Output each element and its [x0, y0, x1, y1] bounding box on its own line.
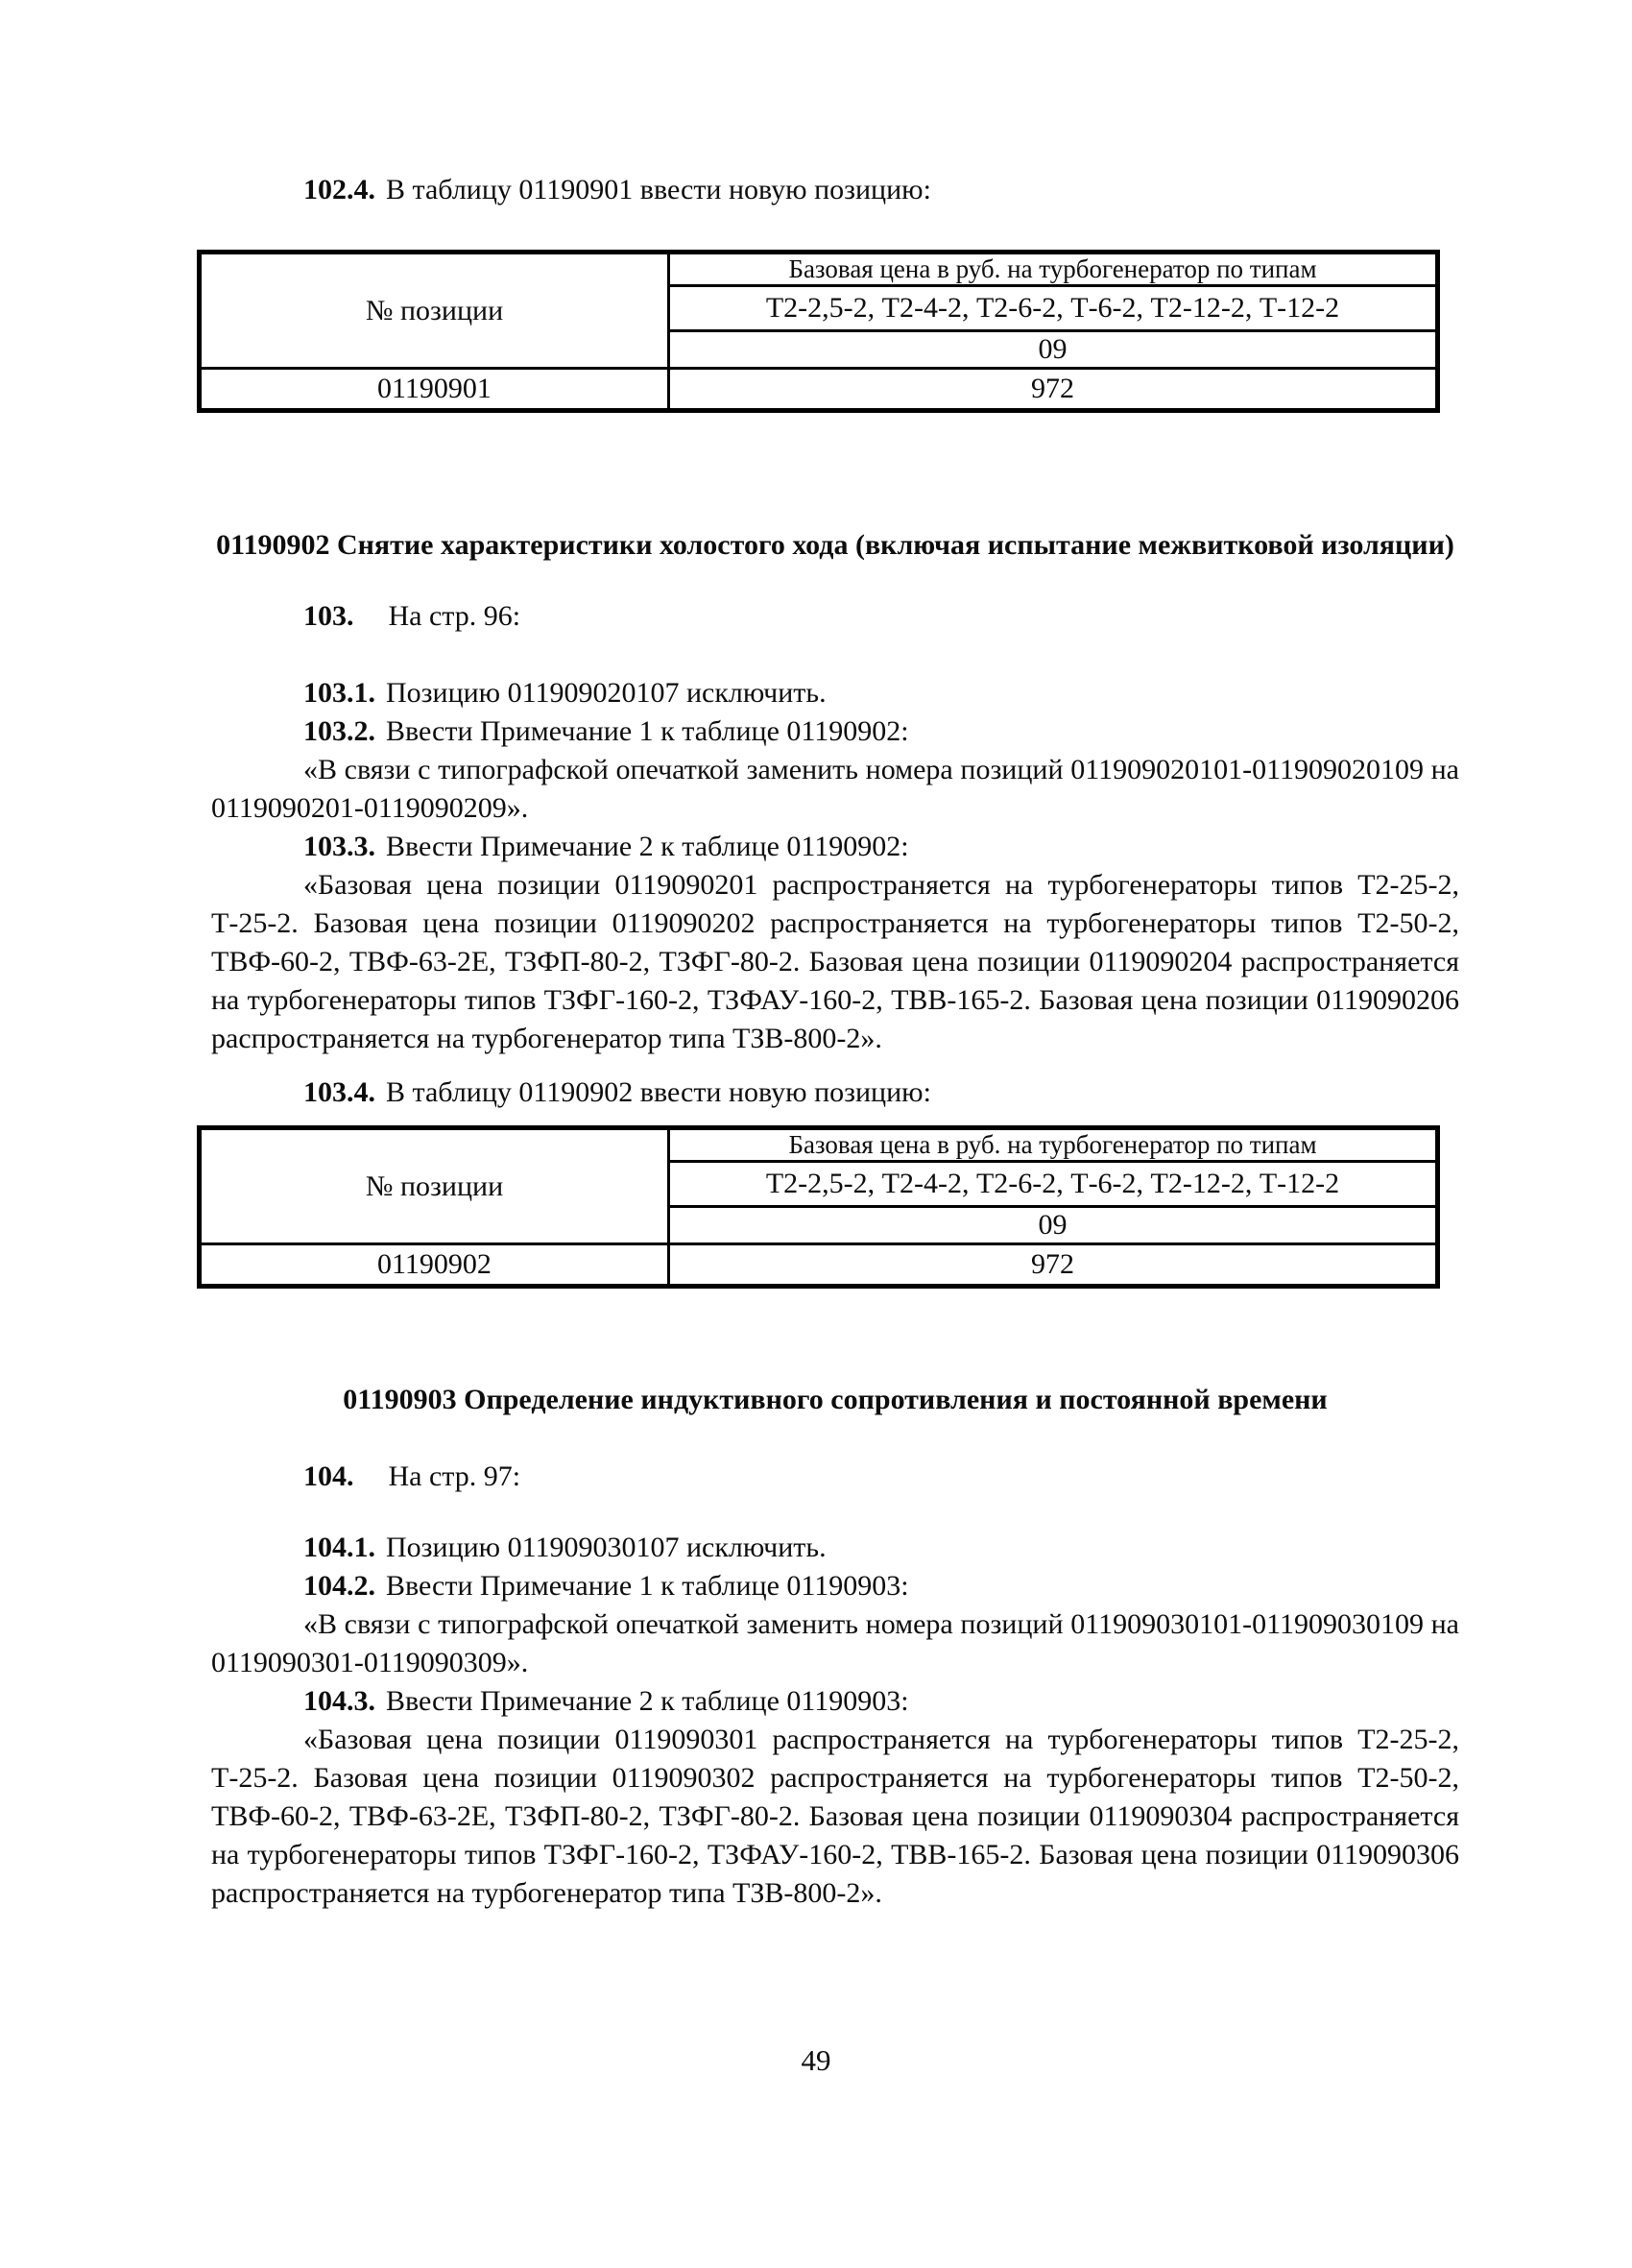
clause-103-3: 103.3.Ввести Примечание 2 к таблице 0119… [211, 828, 1459, 866]
clause-103-4: 103.4.В таблицу 01190902 ввести новую по… [211, 1074, 1459, 1112]
clause-103-2: 103.2.Ввести Примечание 1 к таблице 0119… [211, 712, 1459, 751]
clause-103-3-number: 103.3. [303, 831, 375, 862]
generator-types-header: Т2-2,5-2, Т2-4-2, Т2-6-2, Т-6-2, Т2-12-2… [669, 1162, 1438, 1207]
table-row: 01190901 972 [200, 369, 1438, 411]
generator-types-header: Т2-2,5-2, Т2-4-2, Т2-6-2, Т-6-2, Т2-12-2… [669, 286, 1438, 331]
table-header-row: № позиции Базовая цена в руб. на турбоге… [200, 1128, 1438, 1162]
clause-104-1-text: Позицию 011909030107 исключить. [386, 1532, 827, 1563]
document-page: 102.4.В таблицу 01190901 ввести новую по… [0, 0, 1632, 2268]
clause-103-1-text: Позицию 011909020107 исключить. [386, 677, 827, 709]
clause-103-number: 103. [303, 600, 354, 632]
note-2-table-01190902: «Базовая цена позиции 0119090201 распрос… [211, 866, 1459, 1058]
price-cell: 972 [669, 1244, 1438, 1287]
clause-104: 104.На стр. 97: [211, 1458, 1459, 1496]
clause-104-2: 104.2.Ввести Примечание 1 к таблице 0119… [211, 1567, 1459, 1605]
clause-104-3: 104.3.Ввести Примечание 2 к таблице 0119… [211, 1682, 1459, 1721]
clause-104-number: 104. [303, 1460, 354, 1492]
position-column-header: № позиции [200, 253, 669, 369]
clause-103-text: На стр. 96: [389, 600, 521, 632]
clause-103-1: 103.1.Позицию 011909020107 исключить. [211, 674, 1459, 712]
clause-103-4-text: В таблицу 01190902 ввести новую позицию: [386, 1076, 931, 1108]
section-heading-01190902: 01190902 Снятие характеристики холостого… [211, 520, 1459, 570]
clause-104-1-number: 104.1. [303, 1532, 375, 1563]
clause-103: 103.На стр. 96: [211, 597, 1459, 636]
base-price-header: Базовая цена в руб. на турбогенератор по… [669, 253, 1438, 286]
clause-102-4: 102.4.В таблицу 01190901 ввести новую по… [211, 171, 1459, 209]
note-1-table-01190902: «В связи с типографской опечаткой замени… [211, 751, 1459, 828]
clause-103-3-text: Ввести Примечание 2 к таблице 01190902: [386, 831, 909, 862]
note-1-table-01190903: «В связи с типографской опечаткой замени… [211, 1605, 1459, 1682]
table-header-row: № позиции Базовая цена в руб. на турбоге… [200, 253, 1438, 286]
price-table-01190901: № позиции Базовая цена в руб. на турбоге… [197, 250, 1440, 413]
code-header: 09 [669, 331, 1438, 369]
price-table-01190902: № позиции Базовая цена в руб. на турбоге… [197, 1125, 1440, 1289]
note-2-table-01190903: «Базовая цена позиции 0119090301 распрос… [211, 1721, 1459, 1913]
clause-103-2-number: 103.2. [303, 715, 375, 747]
clause-104-2-text: Ввести Примечание 1 к таблице 01190903: [386, 1570, 909, 1602]
position-cell: 01190902 [200, 1244, 669, 1287]
position-column-header: № позиции [200, 1128, 669, 1244]
clause-103-2-text: Ввести Примечание 1 к таблице 01190902: [386, 715, 909, 747]
clause-102-4-text: В таблицу 01190901 ввести новую позицию: [386, 174, 931, 205]
code-header: 09 [669, 1207, 1438, 1244]
clause-104-3-number: 104.3. [303, 1685, 375, 1717]
table-row: 01190902 972 [200, 1244, 1438, 1287]
clause-103-1-number: 103.1. [303, 677, 375, 709]
clause-104-1: 104.1.Позицию 011909030107 исключить. [211, 1529, 1459, 1567]
position-cell: 01190901 [200, 369, 669, 411]
clause-104-2-number: 104.2. [303, 1570, 375, 1602]
page-number: 49 [0, 2043, 1632, 2078]
clause-104-3-text: Ввести Примечание 2 к таблице 01190903: [386, 1685, 909, 1717]
price-cell: 972 [669, 369, 1438, 411]
base-price-header: Базовая цена в руб. на турбогенератор по… [669, 1128, 1438, 1162]
section-heading-01190903: 01190903 Определение индуктивного сопрот… [211, 1375, 1459, 1425]
clause-104-text: На стр. 97: [389, 1460, 521, 1492]
clause-103-4-number: 103.4. [303, 1076, 375, 1108]
clause-102-4-number: 102.4. [303, 174, 375, 205]
